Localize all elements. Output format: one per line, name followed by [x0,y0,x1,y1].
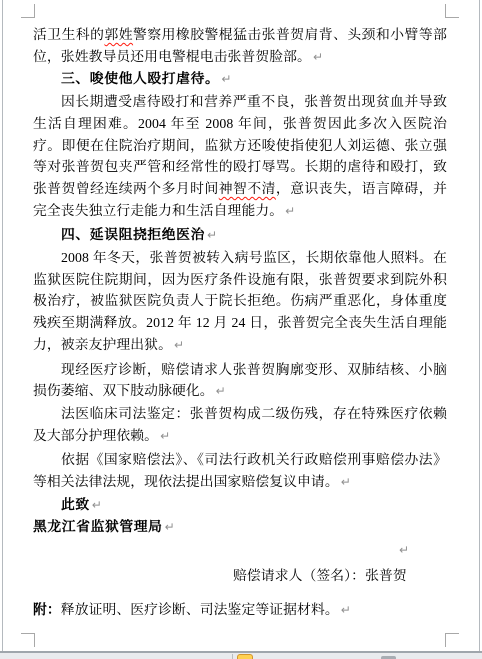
paragraph-mark-icon: ↵ [341,475,351,489]
paragraph-mark-icon: ↵ [174,338,184,352]
addressee-line[interactable]: 黑龙江省监狱管理局↵ [33,516,447,539]
paragraph-mark-icon: ↵ [207,228,217,242]
text-segment[interactable]: 法医临床司法鉴定：张普贺构成二级伤残，存在特殊医疗依赖及大部分护理依赖。 [33,406,447,443]
paragraph-mark-icon: ↵ [216,384,226,398]
spellcheck-underline-segment[interactable]: 神智不清 [219,181,276,196]
crop-mark-top-right [445,4,459,18]
paragraph-body[interactable]: 依据《国家赔偿法》、《司法行政机关行政赔偿刑事赔偿办法》等相关法律法规，现依法提… [33,449,447,493]
heading-text[interactable]: 三、唆使他人殴打虐待。 [61,71,219,86]
page-left-edge [2,0,3,652]
text-segment[interactable]: 2008 年冬天，张普贺被转入病号监区，长期依靠他人照料。在监狱医院住院期间，因… [33,250,447,352]
paragraph-mark-icon: ↵ [92,498,102,512]
document-window: { "colors": { "spellcheck_wavy_red": "#f… [0,0,482,659]
signature-line[interactable]: 赔偿请求人（签名）：张普贺 [33,565,447,587]
section-heading-4[interactable]: 四、延误阻挠拒绝医治↵ [33,224,447,247]
document-text-area[interactable]: 活卫生科的郭姓警察用橡胶警棍猛击张普贺肩背、头颈和小臂等部位，张姓教导员还用电警… [33,24,447,621]
text-segment[interactable]: 此致 [61,497,90,512]
text-segment[interactable]: 活卫生科的 [33,27,104,42]
section-heading-3[interactable]: 三、唆使他人殴打虐待。↵ [33,68,447,91]
paragraph-mark-icon: ↵ [285,204,295,218]
page-right-edge [479,0,480,652]
spellcheck-underline-segment[interactable]: 郭姓 [104,27,133,42]
paragraph-continuation[interactable]: 活卫生科的郭姓警察用橡胶警棍猛击张普贺肩背、头颈和小臂等部位，张姓教导员还用电警… [33,24,447,68]
paragraph-mark-icon: ↵ [221,72,231,86]
text-segment[interactable]: 赔偿请求人（签名）：张普贺 [233,568,407,583]
crop-mark-bottom-left [21,633,35,647]
paragraph-body[interactable]: 法医临床司法鉴定：张普贺构成二级伤残，存在特殊医疗依赖及大部分护理依赖。↵ [33,403,447,447]
closing-salutation[interactable]: 此致↵ [33,494,447,517]
text-segment[interactable]: 黑龙江省监狱管理局 [33,519,163,534]
heading-text[interactable]: 四、延误阻挠拒绝医治 [61,227,205,242]
taskbar-app-icon-orange[interactable] [237,654,253,659]
attachment-label[interactable]: 附： [33,602,61,617]
paragraph-mark-icon: ↵ [341,603,351,617]
paragraph-mark-icon: ↵ [399,543,409,557]
paragraph-mark-icon: ↵ [160,429,170,443]
empty-paragraph[interactable]: ↵ [33,539,447,562]
crop-mark-bottom-right [445,633,459,647]
paragraph-mark-icon: ↵ [313,50,323,64]
paragraph-body[interactable]: 因长期遭受虐待殴打和营养严重不良，张普贺出现贫血并导致生活自理困难。2004 年… [33,91,447,222]
text-segment[interactable]: 释放证明、医疗诊断、司法鉴定等证据材料。 [61,602,339,617]
paragraph-mark-icon: ↵ [165,520,175,534]
text-segment[interactable]: 依据《国家赔偿法》、《司法行政机关行政赔偿刑事赔偿办法》等相关法律法规，现依法提… [33,452,447,489]
taskbar-divider [232,654,233,659]
paragraph-body[interactable]: 现经医疗诊断，赔偿请求人张普贺胸廓变形、双肺结核、小脑损伤萎缩、双下肢动脉硬化。… [33,359,447,403]
text-segment[interactable]: 现经医疗诊断，赔偿请求人张普贺胸廓变形、双肺结核、小脑损伤萎缩、双下肢动脉硬化。 [33,362,447,399]
crop-mark-top-left [21,4,35,18]
paragraph-body[interactable]: 2008 年冬天，张普贺被转入病号监区，长期依靠他人照料。在监狱医院住院期间，因… [33,247,447,357]
attachment-line[interactable]: 附：释放证明、医疗诊断、司法鉴定等证据材料。↵ [33,599,447,622]
